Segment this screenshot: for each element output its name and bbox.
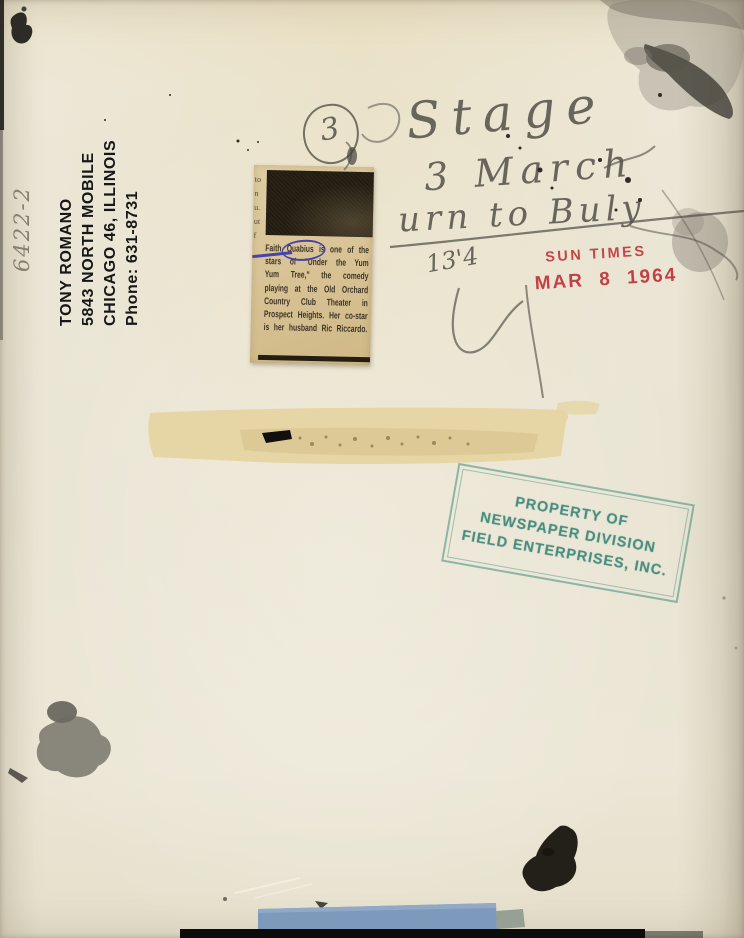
property-stamp: PROPERTY OF NEWSPAPER DIVISION FIELD ENT… — [441, 463, 695, 603]
circled-number: 3 — [317, 111, 342, 149]
stamp-street-line: 5843 NORTH MOBILE — [78, 110, 100, 326]
property-stamp-border: PROPERTY OF NEWSPAPER DIVISION FIELD ENT… — [447, 469, 689, 598]
top-left-ink-blob — [11, 7, 33, 44]
handwriting-measure-note: 13'4 — [424, 242, 480, 279]
clipping-bottom-rule — [258, 355, 370, 362]
margin-fragment: ut — [254, 215, 266, 229]
clipping-margin-fragments: to n u. ut f — [253, 173, 266, 243]
caption-line: is her husband Ric Riccardo. — [264, 321, 368, 336]
stamp-date: MAR 8 1964 — [534, 265, 678, 296]
photo-verso-scan: 3 Stage 3 March urn to Buly 13'4 TONY RO… — [0, 0, 744, 938]
bottom-ink-blob — [223, 826, 578, 909]
clipping-halftone-photo — [266, 170, 374, 237]
residue-strip — [148, 401, 600, 464]
margin-fragment: u. — [254, 201, 266, 215]
top-right-stain — [600, 0, 744, 119]
blue-photo-edge — [258, 903, 525, 932]
clipping-caption: Faith Quabius is one of the stars of "Un… — [264, 242, 370, 337]
stamp-phone-line: Phone: 631-8731 — [122, 110, 144, 326]
scan-left-edge — [0, 0, 4, 340]
photographer-stamp: TONY ROMANO 5843 NORTH MOBILE CHICAGO 46… — [56, 110, 148, 326]
handwriting-stage: Stage — [404, 75, 609, 150]
newspaper-clipping: to n u. ut f Faith Quabius is one of the… — [250, 165, 374, 365]
margin-fragment: f — [253, 229, 265, 243]
handwritten-file-number: 6422-2 — [10, 162, 46, 272]
stamp-org-name: SUN TIMES — [545, 242, 676, 266]
stamp-name-line: TONY ROMANO — [56, 110, 78, 326]
caption-circled-word-wrap: Quabius — [287, 242, 314, 256]
bottom-left-stain — [8, 701, 111, 783]
margin-fragment: to — [255, 173, 267, 187]
scan-bottom-edge — [180, 929, 703, 938]
circled-number-mark: 3 — [298, 100, 364, 169]
sun-times-date-stamp: SUN TIMES MAR 8 1964 — [533, 242, 678, 296]
stamp-city-line: CHICAGO 46, ILLINOIS — [100, 110, 122, 326]
residue-black-mark — [262, 430, 292, 443]
margin-fragment: n — [254, 187, 266, 201]
